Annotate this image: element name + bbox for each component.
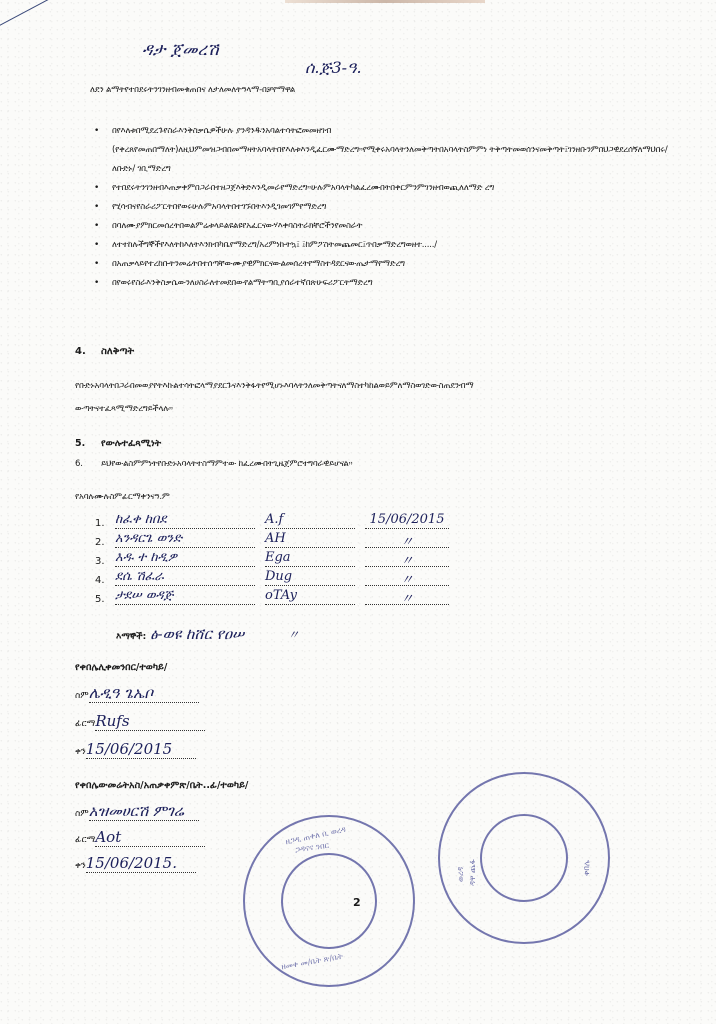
field-value: 15/06/2015 — [86, 740, 196, 759]
section-number: 6. — [75, 459, 101, 469]
kebele-chair-name: ስምሌዲዓ ጌኤቦ — [75, 684, 199, 703]
row-number: 2. — [95, 537, 105, 548]
stamp-text: ቀበሌ — [582, 860, 592, 876]
field-value: አዝመሀርሽ ምገሬ — [89, 802, 199, 821]
member-date: 15/06/2015 — [365, 512, 449, 529]
members-label: የአባሉሙሉስምፊርማቀንናዓ.ም — [75, 492, 170, 502]
duties-list: በየእለቱበሚደረጉየስራእንቅስቃሴዎችሁሉ ያንዳንዱንአባልተሳትፎመመዘ… — [92, 122, 692, 293]
field-label: ፊርማ — [75, 835, 95, 845]
field-label: ስም — [75, 809, 89, 819]
witness-label: እማኞች: — [116, 632, 146, 642]
land-office-date: ቀን15/06/2015. — [75, 854, 196, 873]
member-date: 〃 — [365, 588, 449, 605]
kebele-chair-date: ቀን15/06/2015 — [75, 740, 196, 759]
list-item: በአጠቃላይየተረከቡትንመሬትበተሰጣቸውሙያዊምክርናውልመሰረትየማስተዳ… — [92, 255, 692, 274]
land-office-title: የቀበሌውመሬትአስ/አጠቃቀምጽ/ቤት..ፊ/ተወካይ/ — [75, 780, 248, 791]
section-title: የውሉተፈጻሚነት — [101, 438, 161, 449]
kebele-chair-title: የቀበሌሊቀመንበር/ተወካይ/ — [75, 662, 167, 673]
land-office-signature: ፊርማAot — [75, 828, 205, 847]
section-5-heading: 5.የውሉተፈጻሚነት — [75, 438, 161, 449]
member-signature: Ega — [265, 550, 355, 567]
list-item: በየእለቱበሚደረጉየስራእንቅስቃሴዎችሁሉ ያንዳንዱንአባልተሳትፎመመዘ… — [92, 122, 687, 179]
member-signature: oTAy — [265, 588, 355, 605]
kebele-chair-signature: ፊርማRufs — [75, 712, 205, 731]
member-name: አንዳርጌ ወንድ — [115, 531, 255, 548]
handwritten-header-right: ሰ.ጅ3-ዓ. — [305, 58, 362, 78]
field-label: ቀን — [75, 747, 86, 757]
field-value: Rufs — [95, 712, 205, 731]
member-signature: AH — [265, 531, 355, 548]
official-stamp-left: ዘጋዲ ጠቀለ ቢ ወረዳ ጋዳናና ንበር ዘመቀ መ/ቤት ጽ/ቤት — [243, 815, 415, 987]
member-name: ከፈቀ ከበደ — [115, 512, 255, 529]
list-item: የተበደሩትንገንዘብእጠቃቀምበጋራበተዘጋጀእቅድእንዲመራየማድረግ።ሁሉ… — [92, 179, 687, 198]
member-date: 〃 — [365, 531, 449, 548]
section-4-body-line1: የቡድኑአባላትበጋራበመወያየትእኩልተሳትፎላማያደርጉናእንቅፋትየሚሆኑ… — [75, 381, 473, 391]
row-number: 4. — [95, 575, 105, 586]
list-item: በባለሙያምክርመሰረትበወልምሬቱላይልዩልዩየአፈርናውሃእቀባስትራክቸሮ… — [92, 217, 692, 236]
witness-value: ፅ-ወዩ ከሸር የዐሠ — [150, 625, 244, 643]
row-number: 5. — [95, 594, 105, 605]
row-number: 3. — [95, 556, 105, 567]
list-item: በየወሩየስራእንቅስቃሴውንለሀስራለተመደበውየልማትጣቢያሰራተኛበጽሁፍ… — [92, 274, 692, 293]
section-number: 4. — [75, 346, 101, 357]
member-signature: A.f — [265, 512, 355, 529]
intro-line: ለደን ልማትየተበደሩትንገንዘብመቁጠበና ለታለመለትዓላማ-በቻየማዋል — [90, 85, 295, 95]
page-number: 2 — [353, 896, 361, 909]
member-date: 〃 — [365, 569, 449, 586]
witness-line: እማኞች:ፅ-ወዩ ከሸር የዐሠ 〃 — [116, 625, 299, 643]
field-label: ፊርማ — [75, 719, 95, 729]
official-stamp-right: ወረዳ ዳዋ ጨፋ ቀበሌ — [438, 772, 610, 944]
section-6-line: 6.ይህየውልስምምነትየቡድኑአባላትተስማምተው ከፈረሙበትጊዜጀምሮተግ… — [75, 459, 352, 469]
stamp-inner-ring — [480, 814, 568, 902]
scanned-document-page: ዳታ ጀመረሽ ሰ.ጅ3-ዓ. ለደን ልማትየተበደሩትንገንዘብመቁጠበና … — [0, 0, 716, 1024]
member-name: ታደሠ ወዳጅ — [115, 588, 255, 605]
section-text: ይህየውልስምምነትየቡድኑአባላትተስማምተው ከፈረሙበትጊዜጀምሮተግባራ… — [101, 459, 352, 469]
member-date: 〃 — [365, 550, 449, 567]
list-item: ለተተከሉችግኞችየእለትከእለትእንክብካቤየማድረግ/አረምነኩትኳ፤ ፤ከ… — [92, 236, 692, 255]
section-4-heading: 4.ስለቅጣት — [75, 346, 134, 357]
land-office-name: ስምአዝመሀርሽ ምገሬ — [75, 802, 199, 821]
stamp-text: ዳዋ ጨፋ — [468, 859, 478, 886]
section-title: ስለቅጣት — [101, 346, 134, 357]
field-value: ሌዲዓ ጌኤቦ — [89, 684, 199, 703]
section-number: 5. — [75, 438, 101, 449]
member-name: እዱ ተ ከዲዎ — [115, 550, 255, 567]
field-label: ቀን — [75, 861, 86, 871]
row-number: 1. — [95, 518, 105, 529]
stamp-text: ወረዳ — [456, 867, 466, 882]
section-4-body-line2: ውጣትናተፈጻሚማድረግይችላሉ። — [75, 404, 173, 414]
stamp-text: ዘመቀ መ/ቤት ጽ/ቤት — [281, 952, 344, 973]
witness-date: 〃 — [287, 628, 299, 642]
field-value: Aot — [95, 828, 205, 847]
pen-stroke-mark — [0, 0, 87, 31]
list-item: የሂሳብናየስራሪፖርትበየወሩሁሉምአባላትበተገኙበትእንዲገመገምየማድረ… — [92, 198, 692, 217]
scan-edge-mark — [285, 0, 485, 3]
member-name: ደሴ ሽፈራ — [115, 569, 255, 586]
stamp-inner-ring — [281, 853, 377, 949]
handwritten-header-left: ዳታ ጀመረሽ — [142, 40, 219, 60]
field-value: 15/06/2015. — [86, 854, 196, 873]
member-signature: Dug — [265, 569, 355, 586]
field-label: ስም — [75, 691, 89, 701]
